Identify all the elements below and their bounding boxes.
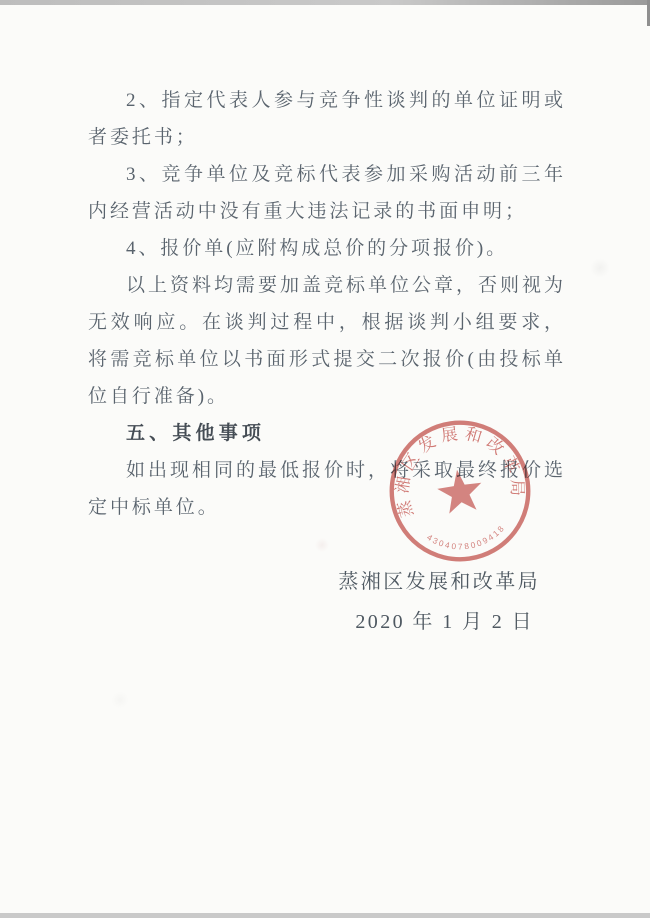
- section-heading-other-matters: 五、其他事项: [88, 415, 566, 452]
- paragraph-tie-break-rule: 如出现相同的最低报价时，将采取最终报价选定中标单位。: [88, 452, 566, 526]
- paragraph-item-3: 3、竞争单位及竞标代表参加采购活动前三年内经营活动中没有重大违法记录的书面申明；: [88, 156, 566, 230]
- signature-block: 蒸湘区发展和改革局 2020 年 1 月 2 日: [88, 562, 566, 642]
- scan-edge-top: [0, 0, 650, 5]
- signature-org-name: 蒸湘区发展和改革局: [88, 562, 566, 602]
- signature-date: 2020 年 1 月 2 日: [88, 602, 566, 642]
- paragraph-item-2: 2、指定代表人参与竞争性谈判的单位证明或者委托书；: [88, 82, 566, 156]
- paragraph-seal-requirement: 以上资料均需要加盖竞标单位公章，否则视为无效响应。在谈判过程中，根据谈判小组要求…: [88, 267, 566, 415]
- document-body: 2、指定代表人参与竞争性谈判的单位证明或者委托书； 3、竞争单位及竞标代表参加采…: [88, 82, 566, 642]
- paragraph-item-4: 4、报价单(应附构成总价的分项报价)。: [88, 230, 566, 267]
- scanned-document-page: { "document": { "paragraphs": [ { "text"…: [0, 0, 650, 918]
- scan-edge-bottom: [0, 913, 650, 918]
